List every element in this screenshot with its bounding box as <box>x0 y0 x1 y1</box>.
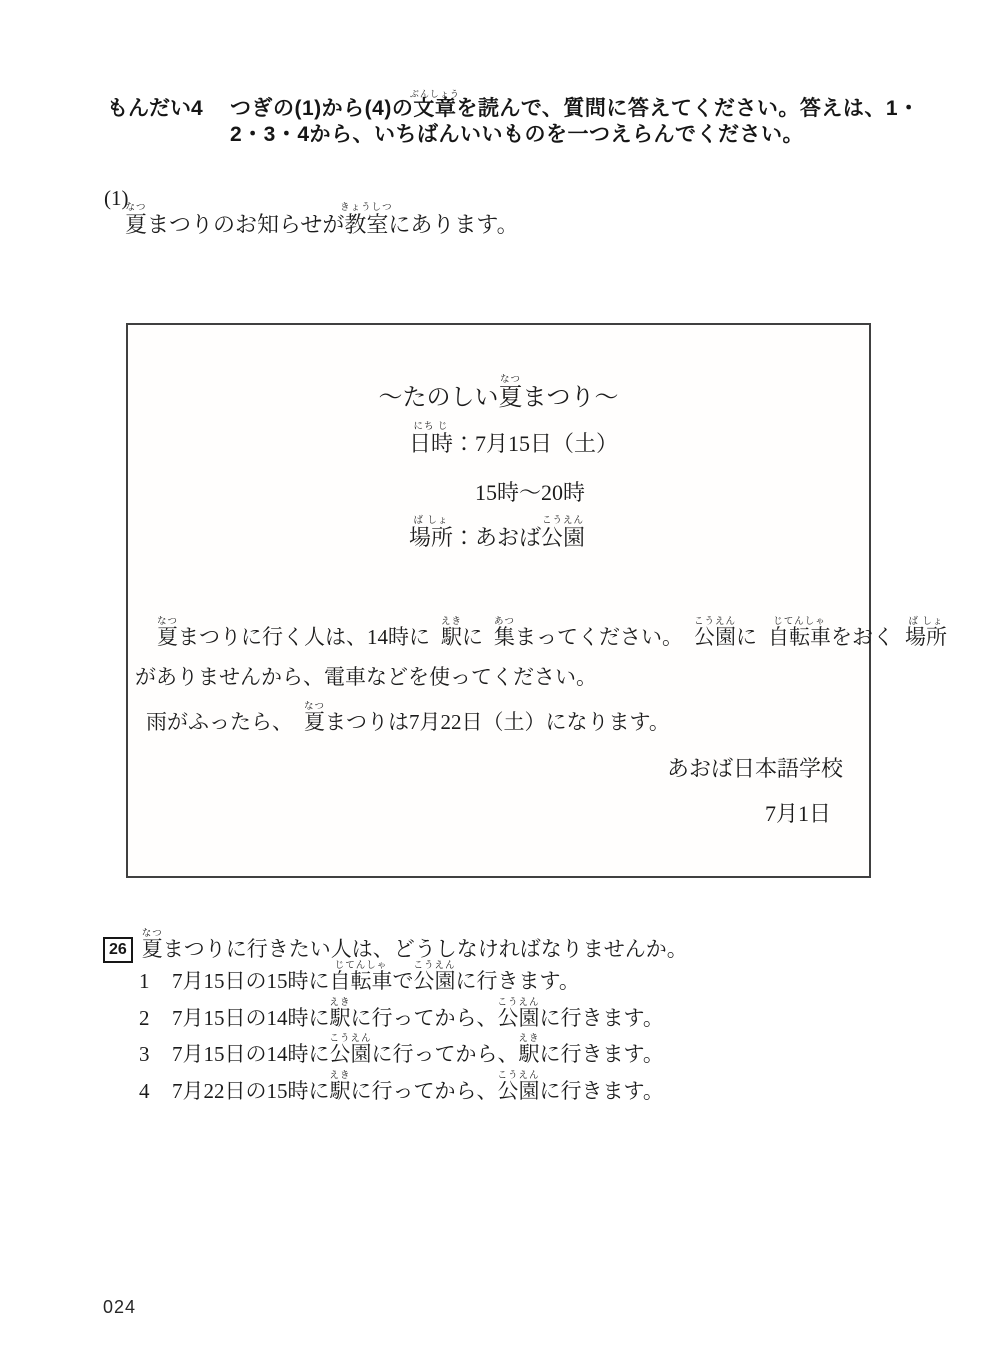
notice-place-line: ば しょ場所：あおばこうえん公園 <box>409 523 585 553</box>
option-2-text: 7月15日の14時にえき駅に行ってから、こうえん公園に行きます。 <box>172 1000 664 1037</box>
problem-number-label: もんだい4 <box>107 96 230 148</box>
notice-paragraph-1-line-2: がありませんから、電車などを使ってください。 <box>135 656 851 698</box>
option-4-number: 4 <box>139 1073 172 1110</box>
option-3-text: 7月15日の14時にこうえん公園に行ってから、えき駅に行きます。 <box>172 1036 664 1073</box>
option-1-text: 7月15日の15時にじてんしゃ自転車でこうえん公園に行きます。 <box>172 963 580 1000</box>
festival-notice-box: ～たのしいなつ夏まつり～ にち じ日時：7月15日（土） 15時～20時 ば し… <box>126 323 871 878</box>
answer-option-4: 4 7月22日の15時にえき駅に行ってから、こうえん公園に行きます。 <box>139 1073 664 1110</box>
problem-instructions: もんだい4 つぎの(1)から(4)のぶんしょう文章を読んで、質問に答えてください… <box>107 96 920 148</box>
instruction-line-2: 2・3・4から、いちばんいいものを一つえらんでください。 <box>230 122 920 148</box>
document-page: もんだい4 つぎの(1)から(4)のぶんしょう文章を読んで、質問に答えてください… <box>0 0 1000 1368</box>
option-1-number: 1 <box>139 963 172 1000</box>
notice-paragraph-1-line-1: なつ夏まつりに行く人は、14時にえき駅にあつ集まってください。こうえん公園にじて… <box>135 616 851 658</box>
question-number-badge: 26 <box>103 937 133 963</box>
answer-option-1: 1 7月15日の15時にじてんしゃ自転車でこうえん公園に行きます。 <box>139 963 580 1000</box>
question-text: なつ夏まつりに行きたい人は、どうしなければなりませんか。 <box>142 936 688 962</box>
notice-signature: あおば日本語学校 <box>667 754 843 784</box>
option-4-text: 7月22日の15時にえき駅に行ってから、こうえん公園に行きます。 <box>172 1073 664 1110</box>
notice-issue-date: 7月1日 <box>765 799 831 829</box>
instruction-text: つぎの(1)から(4)のぶんしょう文章を読んで、質問に答えてください。答えは、1… <box>230 96 920 148</box>
notice-time-line: 15時～20時 <box>475 478 585 508</box>
section-intro-sentence: なつ夏まつりのお知らせがきょうしつ教室にあります。 <box>125 210 519 240</box>
instruction-line-1: つぎの(1)から(4)のぶんしょう文章を読んで、質問に答えてください。答えは、1… <box>230 96 920 122</box>
page-number: 024 <box>103 1297 136 1318</box>
notice-paragraph-2: 雨がふったら、なつ夏まつりは7月22日（土）になります。 <box>135 701 851 743</box>
answer-option-2: 2 7月15日の14時にえき駅に行ってから、こうえん公園に行きます。 <box>139 1000 664 1037</box>
option-3-number: 3 <box>139 1036 172 1073</box>
question-26: 26 なつ夏まつりに行きたい人は、どうしなければなりませんか。 <box>103 936 688 963</box>
option-2-number: 2 <box>139 1000 172 1037</box>
notice-datetime-line: にち じ日時：7月15日（土） <box>409 429 618 459</box>
answer-option-3: 3 7月15日の14時にこうえん公園に行ってから、えき駅に行きます。 <box>139 1036 664 1073</box>
notice-title: ～たのしいなつ夏まつり～ <box>128 383 869 413</box>
